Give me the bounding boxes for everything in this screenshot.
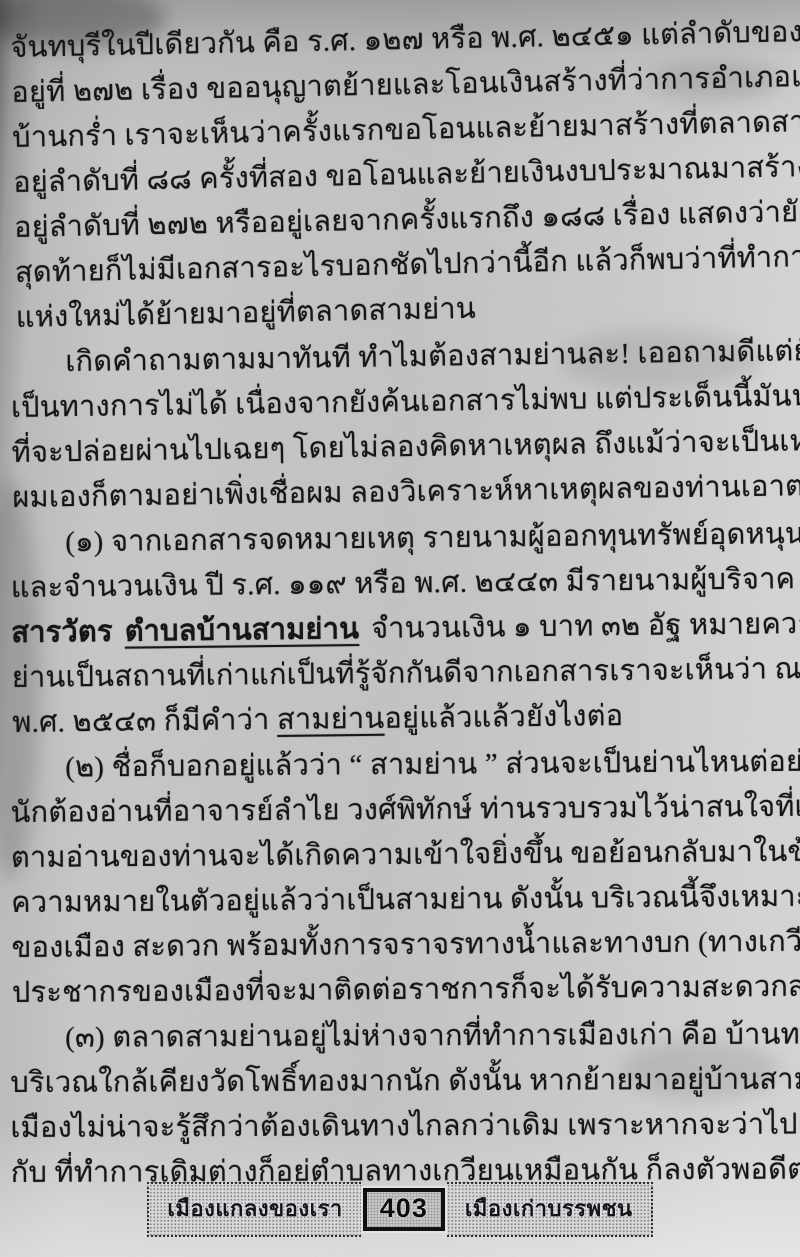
- paragraph-1: จันทบุรีในปีเดียวกัน คือ ร.ศ. ๑๒๗ หรือ พ…: [10, 11, 786, 341]
- text-line: เมืองไม่น่าจะรู้สึกว่าต้องเดินทางไกลกว่า…: [10, 1103, 780, 1151]
- line-text: ของเมือง สะดวก พร้อมทั้งการจราจรทางน้ำแล…: [11, 925, 800, 964]
- scanned-book-page: จันทบุรีในปีเดียวกัน คือ ร.ศ. ๑๒๗ หรือ พ…: [0, 0, 800, 1257]
- line-text: ผมเองก็ตามอย่าเพิ่งเชื่อผม ลองวิเคราะห์ห…: [12, 468, 800, 514]
- paragraph-2: เกิดคำถามตามมาทันที ทำไมต้องสามย่านละ! เ…: [10, 330, 783, 521]
- footer-series-title-right: เมืองเก่าบรรพชน: [447, 1182, 653, 1237]
- underlined-place-name: สามย่าน: [277, 703, 385, 736]
- paragraph-3-item-1: (๑) จากเอกสารจดหมายเหตุ รายนามผู้ออกทุนท…: [10, 512, 783, 746]
- line-text: (๓) ตลาดสามย่านอยู่ไม่ห่างจากที่ทำการเมื…: [65, 1018, 800, 1054]
- underlined-subdistrict-name: ตำบลบ้านสามย่าน: [125, 613, 360, 648]
- line-text: ที่จะปล่อยผ่านไปเฉยๆ โดยไม่ลองคิดหาเหตุผ…: [11, 422, 800, 469]
- line-text: อยู่แล้วแล้วยังไงต่อ: [384, 700, 623, 735]
- text-line: นักต้องอ่านที่อาจารย์ลำไย วงศ์พิทักษ์ ท่…: [10, 785, 780, 836]
- line-text: (๑) จากเอกสารจดหมายเหตุ รายนามผู้ออกทุนท…: [65, 517, 800, 559]
- text-line: ประชากรของเมืองที่จะมาติดต่อราชการก็จะได…: [12, 965, 782, 1016]
- line-text: แห่งใหม่ได้ย้ายมาอยู่ที่ตลาดสามย่าน: [16, 293, 477, 334]
- paragraph-5-item-3: (๓) ตลาดสามย่านอยู่ไม่ห่างจากที่ทำการเมื…: [10, 1013, 781, 1196]
- text-line: บริเวณใกล้เคียงวัดโพธิ์ทองมากนัก ดังนั้น…: [10, 1058, 780, 1106]
- footer-banner: เมืองแกลงของเรา 403 เมืองเก่าบรรพชน: [147, 1182, 652, 1237]
- page-text: จันทบุรีในปีเดียวกัน คือ ร.ศ. ๑๒๗ หรือ พ…: [0, 0, 800, 1196]
- page-footer: เมืองแกลงของเรา 403 เมืองเก่าบรรพชน: [0, 1182, 800, 1237]
- text-line: ความหมายในตัวอยู่แล้วว่าเป็นสามย่าน ดังน…: [11, 875, 781, 926]
- line-text: ความหมายในตัวอยู่แล้วว่าเป็นสามย่าน ดังน…: [11, 879, 800, 919]
- line-text: เกิดคำถามตามมาทันที ทำไมต้องสามย่านละ! เ…: [65, 333, 800, 378]
- line-text: บริเวณใกล้เคียงวัดโพธิ์ทองมากนัก ดังนั้น…: [10, 1063, 800, 1099]
- text-line: ตามอ่านของท่านจะได้เกิดความเข้าใจยิ่งขึ้…: [11, 830, 781, 881]
- text-line: ของเมือง สะดวก พร้อมทั้งการจราจรทางน้ำแล…: [11, 920, 781, 971]
- line-text: ตามอ่านของท่านจะได้เกิดความเข้าใจยิ่งขึ้…: [11, 834, 800, 874]
- paragraph-4-item-2: (๒) ชื่อก็บอกอยู่แล้วว่า “ สามย่าน ” ส่ว…: [10, 740, 782, 1016]
- line-text: เป็นทางการไม่ได้ เนื่องจากยังค้นเอกสารไม…: [11, 377, 800, 424]
- line-text: ประชากรของเมืองที่จะมาติดต่อราชการก็จะได…: [12, 970, 800, 1009]
- footer-series-title-left: เมืองแกลงของเรา: [147, 1182, 360, 1237]
- text-line: พ.ศ. ๒๕๔๓ ก็มีคำว่า สามย่านอยู่แล้วแล้วย…: [12, 692, 782, 746]
- line-text: ย่านเป็นสถานที่เก่าแก่เป็นที่รู้จักกันดี…: [12, 651, 800, 694]
- line-text: เมืองไม่น่าจะรู้สึกว่าต้องเดินทางไกลกว่า…: [10, 1108, 800, 1144]
- line-text: (๒) ชื่อก็บอกอยู่แล้วว่า “ สามย่าน ” ส่ว…: [65, 745, 800, 784]
- line-text: พ.ศ. ๒๕๔๓ ก็มีคำว่า: [12, 704, 277, 739]
- line-text: จำนวนเงิน ๑ บาท ๓๒ อัฐ หมายความว่าบ้านสา…: [371, 606, 800, 645]
- page-number-badge: 403: [363, 1188, 445, 1231]
- line-text: และจำนวนเงิน ปี ร.ศ. ๑๑๙ หรือ พ.ศ. ๒๔๔๓ …: [11, 563, 800, 604]
- bold-title: สารวัตร: [11, 616, 113, 649]
- text-line: ย่านเป็นสถานที่เก่าแก่เป็นที่รู้จักกันดี…: [12, 647, 782, 701]
- text-line: (๓) ตลาดสามย่านอยู่ไม่ห่างจากที่ทำการเมื…: [10, 1013, 780, 1061]
- text-line: (๒) ชื่อก็บอกอยู่แล้วว่า “ สามย่าน ” ส่ว…: [10, 740, 780, 791]
- line-text: นักต้องอ่านที่อาจารย์ลำไย วงศ์พิทักษ์ ท่…: [10, 790, 800, 829]
